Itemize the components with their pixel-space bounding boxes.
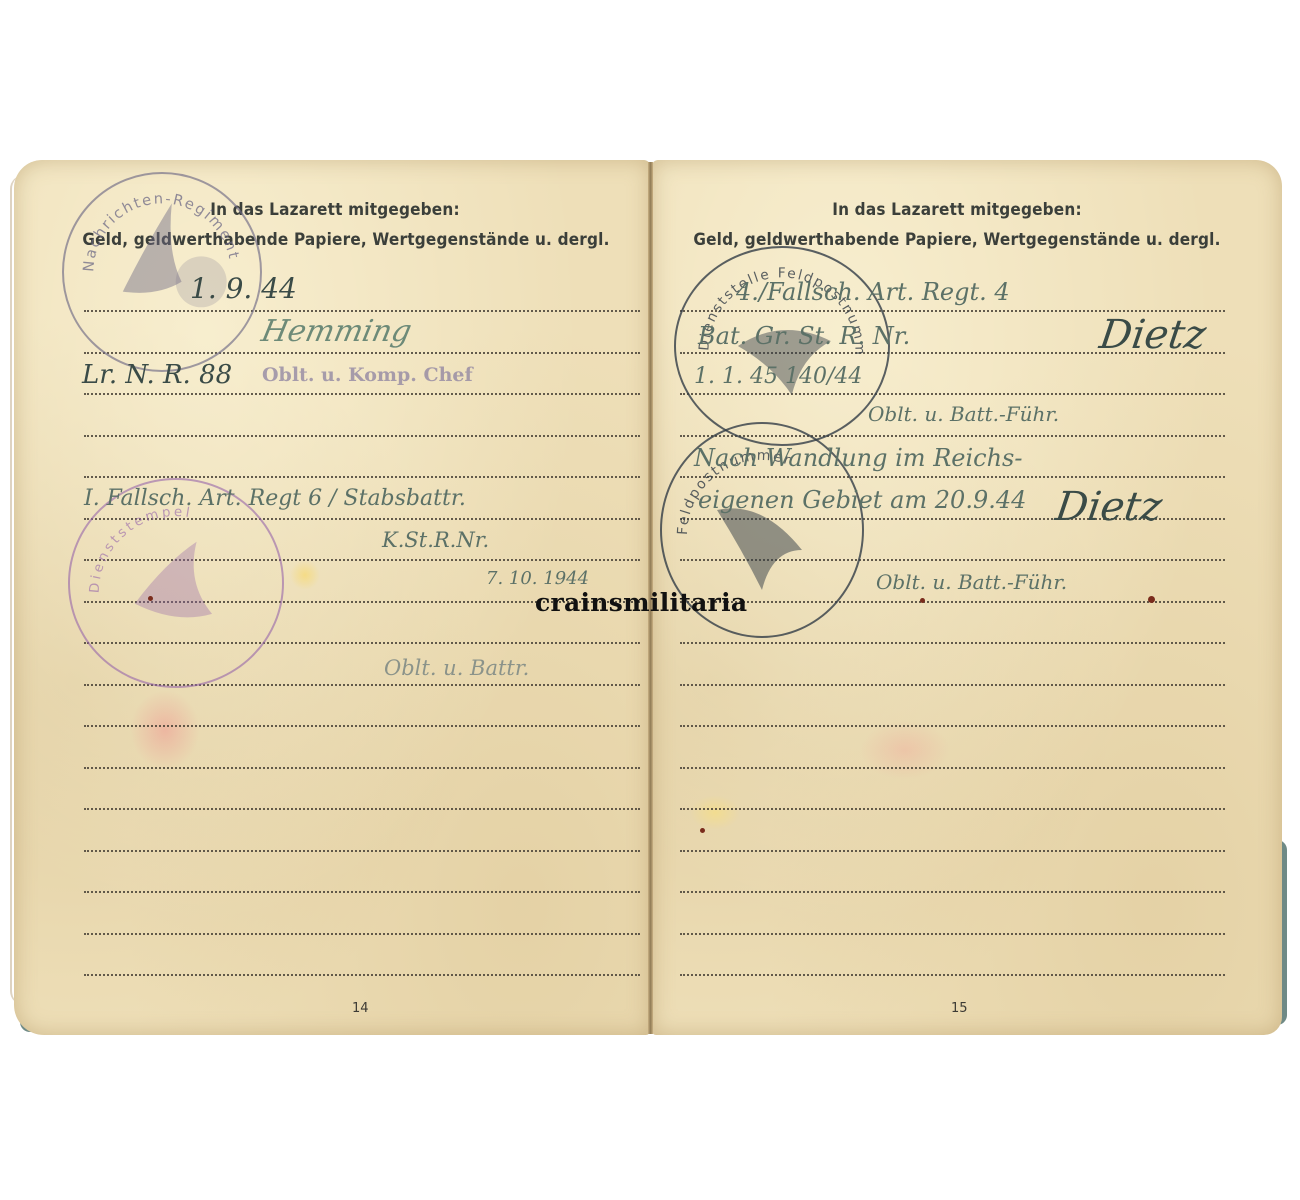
dotted-rule xyxy=(680,725,1225,727)
dotted-rule xyxy=(84,767,640,769)
dotted-rule xyxy=(680,767,1225,769)
dotted-rule xyxy=(84,891,640,893)
entry-date-2: 7. 10. 1944 xyxy=(486,568,589,589)
dotted-rule xyxy=(680,808,1225,810)
right-header-title: In das Lazarett mitgegeben: xyxy=(662,200,1252,220)
entry-date: 1. 9. 44 xyxy=(190,272,297,305)
dotted-rule xyxy=(84,435,640,437)
entry-date-number: 1. 1. 45 140/44 xyxy=(694,364,862,389)
dotted-rule xyxy=(84,393,640,395)
entry-note-line2: eigenen Gebiet am 20.9.44 xyxy=(698,486,1026,514)
entry-rank: Oblt. u. Battr. xyxy=(384,656,529,680)
ink-spot xyxy=(920,598,925,603)
entry-rank-2: Oblt. u. Batt.-Führ. xyxy=(876,570,1067,594)
dotted-rule xyxy=(680,642,1225,644)
entry-note-line1: Nach Wandlung im Reichs- xyxy=(694,444,1022,472)
entry-kstrnr: K.St.R.Nr. xyxy=(382,528,489,552)
open-booklet: In das Lazarett mitgegeben: Geld, geldwe… xyxy=(0,0,1300,1200)
page-number-left: 14 xyxy=(352,1001,369,1016)
page-number-right: 15 xyxy=(951,1001,968,1016)
right-header-subtitle: Geld, geldwerthabende Papiere, Wertgegen… xyxy=(662,230,1252,250)
signature: Dietz xyxy=(1097,312,1209,358)
pink-stain xyxy=(860,720,950,780)
dotted-rule xyxy=(680,933,1225,935)
dotted-rule xyxy=(680,850,1225,852)
entry-regiment: I. Fallsch. Art. Regt 6 / Stabsbattr. xyxy=(84,486,466,511)
dotted-rule xyxy=(84,725,640,727)
dotted-rule xyxy=(84,974,640,976)
entry-regiment: 4./Fallsch. Art. Regt. 4 xyxy=(736,278,1010,306)
dotted-rule xyxy=(680,891,1225,893)
rank-stamp-text: Oblt. u. Komp. Chef xyxy=(262,364,473,386)
entry-rank: Oblt. u. Batt.-Führ. xyxy=(868,402,1059,426)
ink-spot xyxy=(1148,596,1155,603)
signature: Hemming xyxy=(258,314,414,349)
dotted-rule xyxy=(680,684,1225,686)
ink-spot xyxy=(700,828,705,833)
dotted-rule xyxy=(680,974,1225,976)
entry-unit: Bat. Gr. St. R. Nr. xyxy=(698,322,910,350)
dotted-rule xyxy=(84,808,640,810)
signature: Dietz xyxy=(1053,484,1165,530)
watermark: crainsmilitaria xyxy=(535,588,747,617)
dotted-rule xyxy=(84,933,640,935)
yellow-stain xyxy=(690,795,740,830)
entry-unit: Lr. N. R. 88 xyxy=(82,360,232,390)
ink-spot xyxy=(148,596,153,601)
dotted-rule xyxy=(84,850,640,852)
yellow-stain xyxy=(290,560,320,590)
pink-stain xyxy=(130,690,200,770)
